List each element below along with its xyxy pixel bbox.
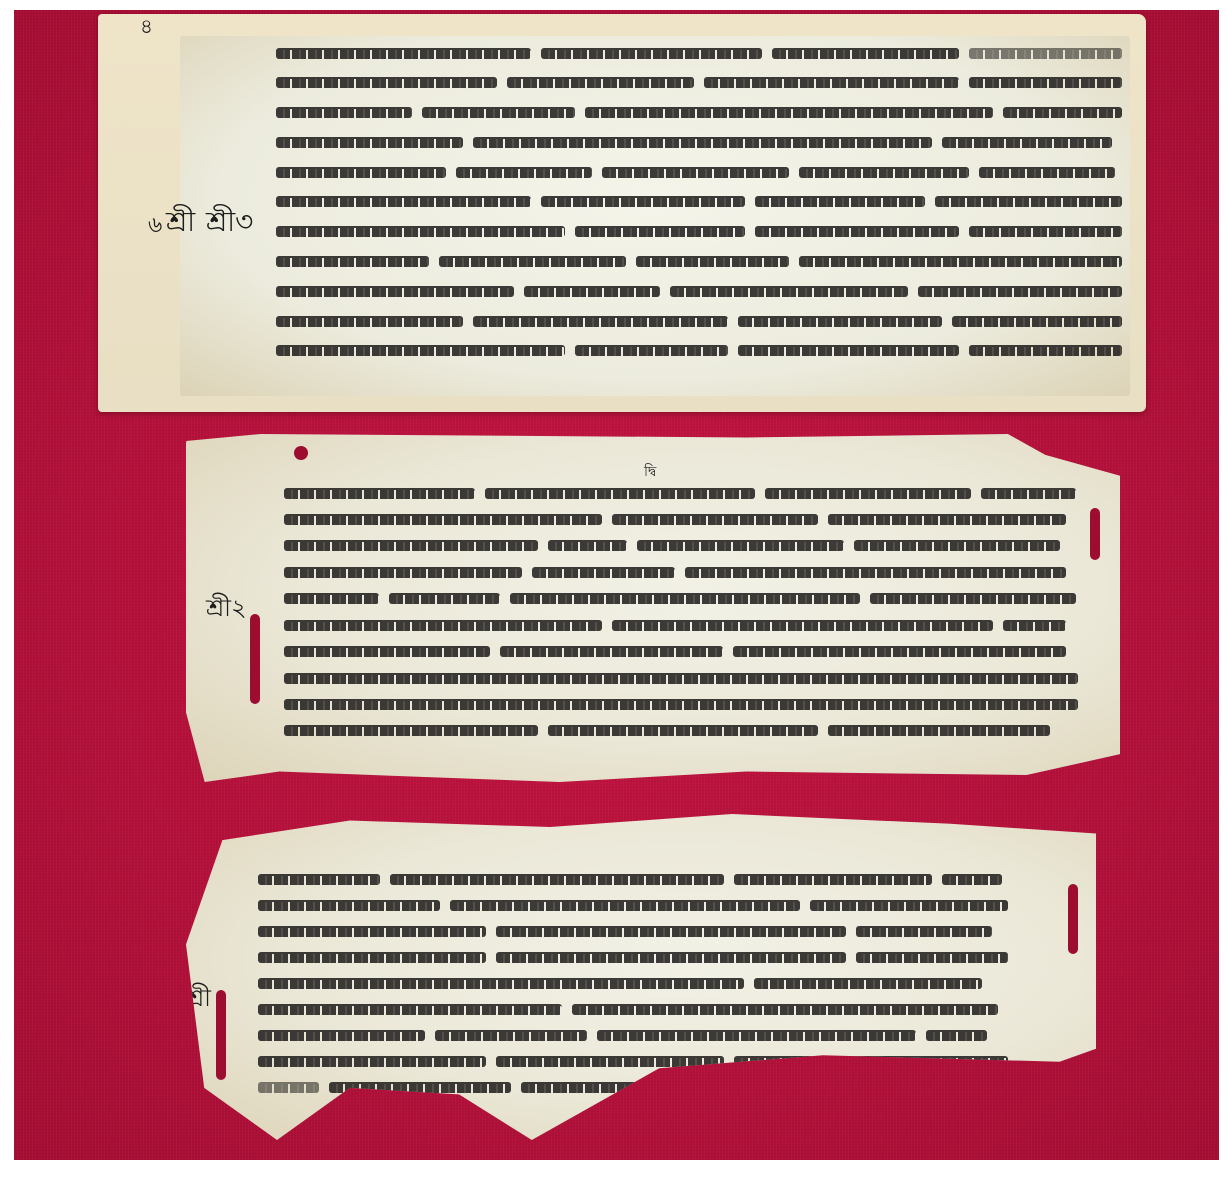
- text-line: [284, 722, 1078, 740]
- text-line: [276, 342, 1126, 360]
- text-line: [276, 282, 1126, 300]
- text-line: [284, 669, 1078, 687]
- ink-stain: [294, 446, 308, 460]
- text-line: [284, 484, 1078, 502]
- folio-top-text-lines: [276, 44, 1126, 360]
- text-line: [276, 253, 1126, 271]
- text-line: [276, 223, 1126, 241]
- text-line: [258, 1026, 1018, 1044]
- text-line: [258, 1000, 1018, 1018]
- text-line: [258, 896, 1018, 914]
- text-line: [284, 643, 1078, 661]
- worm-hole: [1090, 508, 1100, 560]
- text-line: [284, 696, 1078, 714]
- manuscript-folio-top: ৪ ৬ শ্রী শ্রী৩: [98, 14, 1146, 412]
- worm-hole: [1068, 884, 1078, 954]
- text-line: [276, 104, 1126, 122]
- text-line: [284, 563, 1078, 581]
- text-line: [276, 163, 1126, 181]
- text-line: [258, 974, 1018, 992]
- folio-middle-top-mark: দ্বি: [644, 460, 656, 484]
- text-line: [284, 537, 1078, 555]
- folio-top-margin-mark-1: ৬: [148, 208, 162, 245]
- manuscript-folio-middle: শ্রী২ দ্বি: [186, 434, 1120, 782]
- text-line: [276, 74, 1126, 92]
- text-line: [258, 922, 1018, 940]
- text-line: [258, 948, 1018, 966]
- text-line: [284, 616, 1078, 634]
- worm-hole: [216, 990, 226, 1080]
- folio-middle-margin-mark: শ্রী২: [206, 590, 247, 630]
- worm-hole: [250, 614, 260, 704]
- text-line: [276, 44, 1126, 62]
- text-line: [276, 312, 1126, 330]
- folio-top-corner-mark: ৪: [140, 12, 153, 45]
- text-line: [284, 510, 1078, 528]
- text-line: [258, 870, 1018, 888]
- folio-top-margin-mark-2: শ্রী: [166, 200, 195, 247]
- text-line: [276, 193, 1126, 211]
- text-line: [276, 133, 1126, 151]
- text-line: [284, 590, 1078, 608]
- folio-top-margin-mark-3: শ্রী৩: [206, 200, 253, 247]
- folio-middle-text-lines: [284, 484, 1078, 740]
